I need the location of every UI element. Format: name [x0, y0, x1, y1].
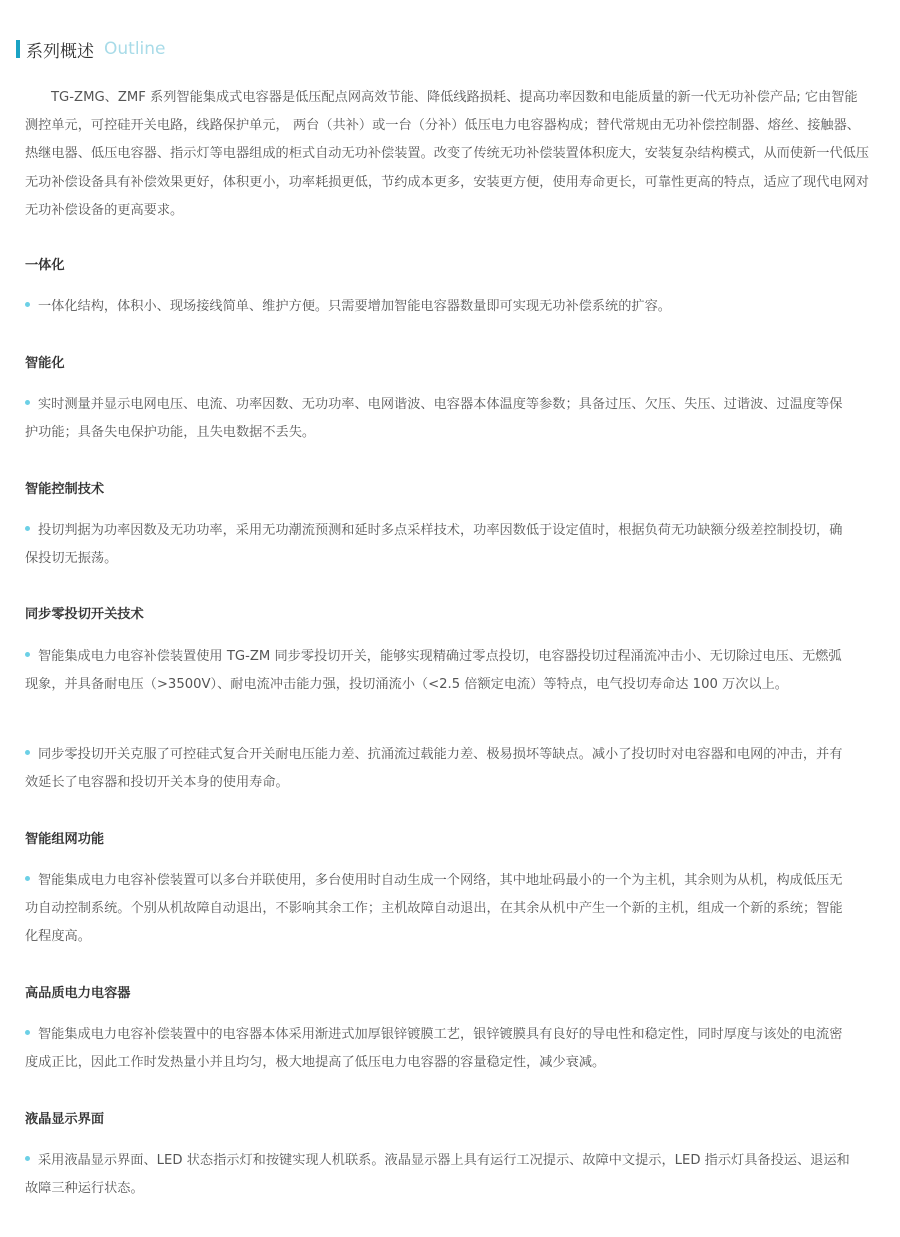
feature-heading-networking: 智能组网功能 — [25, 830, 104, 850]
feature-heading-lcd-interface: 液晶显示界面 — [25, 1110, 104, 1130]
feature-paragraph: 智能集成电力电容补偿装置可以多台并联使用，多台使用时自动生成一个网络，其中地址码… — [25, 867, 850, 951]
intro-paragraph: TG-ZMG、ZMF 系列智能集成式电容器是低压配点网高效节能、降低线路损耗、提… — [25, 84, 870, 225]
feature-heading-intelligence: 智能化 — [25, 354, 65, 374]
feature-text: 采用液晶显示界面、LED 状态指示灯和按键实现人机联系。液晶显示器上具有运行工况… — [25, 1153, 850, 1196]
feature-paragraph: 投切判据为功率因数及无功功率，采用无功潮流预测和延时多点采样技术，功率因数低于设… — [25, 517, 850, 573]
feature-paragraph: 智能集成电力电容补偿装置中的电容器本体采用渐进式加厚银锌镀膜工艺，银锌镀膜具有良… — [25, 1021, 850, 1077]
bullet-dot-icon — [25, 1030, 30, 1035]
feature-paragraph: 实时测量并显示电网电压、电流、功率因数、无功功率、电网谐波、电容器本体温度等参数… — [25, 391, 850, 447]
bullet-dot-icon — [25, 526, 30, 531]
bullet-dot-icon — [25, 876, 30, 881]
feature-text: 投切判据为功率因数及无功功率，采用无功潮流预测和延时多点采样技术，功率因数低于设… — [25, 523, 842, 566]
feature-paragraph: 智能集成电力电容补偿装置使用 TG-ZM 同步零投切开关，能够实现精确过零点投切… — [25, 643, 850, 699]
feature-paragraph: 同步零投切开关克服了可控硅式复合开关耐电压能力差、抗涌流过载能力差、极易损坏等缺… — [25, 741, 850, 797]
feature-text: 智能集成电力电容补偿装置可以多台并联使用，多台使用时自动生成一个网络，其中地址码… — [25, 873, 843, 944]
title-chinese: 系列概述 — [26, 37, 94, 62]
feature-heading-control-technology: 智能控制技术 — [25, 480, 104, 500]
bullet-dot-icon — [25, 1156, 30, 1161]
feature-text: 智能集成电力电容补偿装置使用 TG-ZM 同步零投切开关，能够实现精确过零点投切… — [25, 649, 842, 692]
feature-paragraph: 采用液晶显示界面、LED 状态指示灯和按键实现人机联系。液晶显示器上具有运行工况… — [25, 1147, 850, 1203]
feature-text: 一体化结构，体积小、现场接线简单、维护方便。只需要增加智能电容器数量即可实现无功… — [38, 299, 671, 314]
feature-heading-capacitor-quality: 高品质电力电容器 — [25, 984, 131, 1004]
feature-text: 实时测量并显示电网电压、电流、功率因数、无功功率、电网谐波、电容器本体温度等参数… — [25, 397, 842, 440]
title-english: Outline — [104, 39, 166, 59]
feature-heading-integration: 一体化 — [25, 256, 65, 276]
bullet-dot-icon — [25, 652, 30, 657]
section-title: 系列概述 Outline — [16, 38, 166, 60]
title-accent-bar — [16, 40, 20, 58]
bullet-dot-icon — [25, 302, 30, 307]
feature-text: 同步零投切开关克服了可控硅式复合开关耐电压能力差、抗涌流过载能力差、极易损坏等缺… — [25, 747, 842, 790]
feature-paragraph: 一体化结构，体积小、现场接线简单、维护方便。只需要增加智能电容器数量即可实现无功… — [25, 293, 850, 321]
bullet-dot-icon — [25, 750, 30, 755]
feature-heading-zero-switching: 同步零投切开关技术 — [25, 605, 144, 625]
bullet-dot-icon — [25, 400, 30, 405]
feature-text: 智能集成电力电容补偿装置中的电容器本体采用渐进式加厚银锌镀膜工艺，银锌镀膜具有良… — [25, 1027, 842, 1070]
